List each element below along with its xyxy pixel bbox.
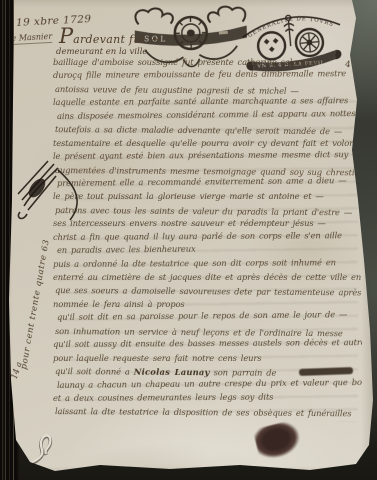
manuscript-line: laissant la dte testatrice la dispositio… [55,405,362,418]
fleur-de-lis-icon [264,38,280,53]
manuscript-line: en paradis avec les bienheureux [57,241,362,257]
ink-blot [253,419,304,462]
manuscript-line: qu'il soit aussy dit ensuite des basses … [53,336,362,351]
manuscript-text-block: bailliage d'amboise soussigné fut présen… [53,56,362,418]
manuscript-line: ains disposée mesmoires considérant comm… [57,107,362,123]
opening-line: Pardevant fut — [59,24,161,48]
person-name: Nicolas Launay [134,367,210,378]
manuscript-line: duroçq fille mineure embouissante de feu… [53,68,362,83]
manuscript-line: pour laquelle requeste sera fait notre c… [53,352,362,365]
archival-photograph: 19 xbre 1729 le Masnier SOL GENERALI [0,0,377,480]
paraph-flourish-icon [14,158,104,228]
manuscript-line: puis a ordonné la dte testatrice que son… [53,256,362,271]
bottom-margin-note: 14 a [10,361,24,380]
manuscript-line: et a deux cousines demeurantes leurs leg… [53,390,362,405]
paraph-blob [25,176,48,201]
corner-signature: le Masnier [9,32,53,45]
manuscript-line: qu'il soit dit en sa paroisse pour le re… [57,308,362,324]
manuscript-line: enterré au cimetière de st jacques dite … [53,271,362,284]
manuscript-page: 19 xbre 1729 le Masnier SOL GENERALI [0,0,377,480]
